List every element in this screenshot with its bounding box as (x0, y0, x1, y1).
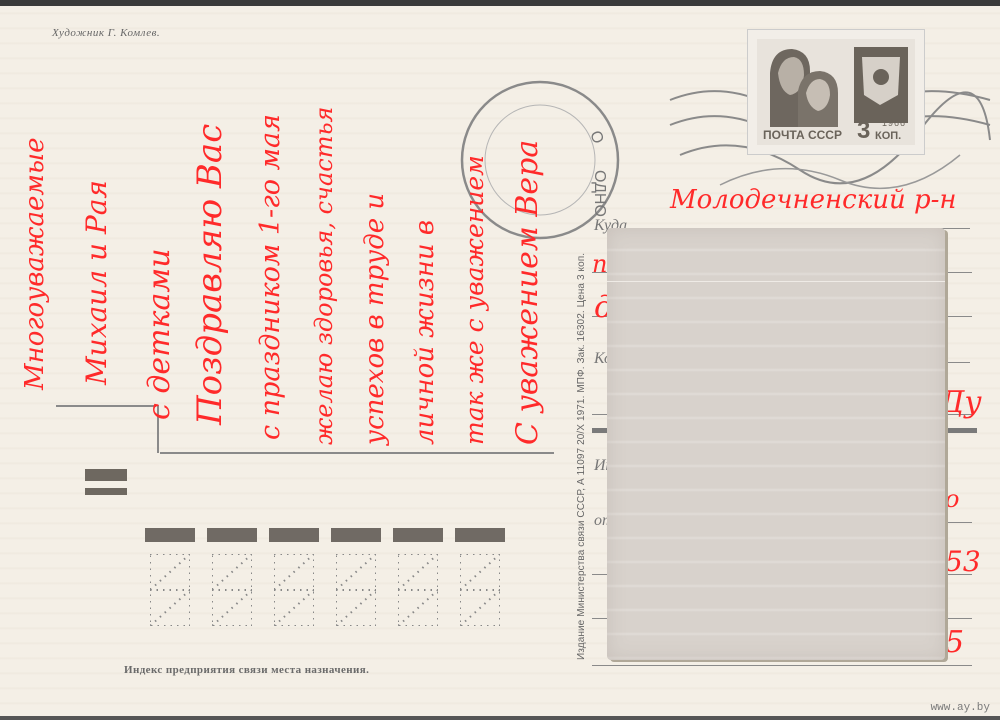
handwritten-line: желаю здоровья, счастья (310, 107, 338, 445)
handwritten-address: Молодечненский р-н (670, 185, 957, 215)
index-dot-grid-icon (150, 554, 190, 626)
index-cell (455, 528, 505, 631)
message-frame-bottom-line (160, 452, 554, 454)
index-dot-grid-icon (398, 554, 438, 626)
index-marker-bar (85, 488, 127, 495)
stamp-value: 3 (857, 117, 870, 145)
handwritten-line: Поздравляю Вас (190, 124, 230, 425)
handwritten-address: о (945, 485, 959, 513)
index-dot-grid-icon (274, 554, 314, 626)
handwritten-line: так же с уважением (460, 155, 489, 445)
stamp-portrait-icon (762, 43, 912, 127)
message-frame-top-line (56, 405, 156, 407)
handwritten-address: 53 (945, 545, 981, 578)
handwritten-address: Ду (940, 385, 982, 420)
postcard-back: Художник Г. Комлев. О ОДНО ПОЧТА СССР (0, 0, 1000, 720)
index-dot-grid-icon (212, 554, 252, 626)
handwritten-line: С уважением Вера (510, 140, 545, 445)
svg-text:О: О (586, 129, 606, 147)
index-cell (207, 528, 257, 631)
index-cell (145, 528, 195, 631)
index-caption: Индекс предприятия связи места назначени… (124, 664, 369, 676)
index-cell (393, 528, 443, 631)
handwritten-address: 5 (945, 625, 964, 660)
watermark: www.ay.by (931, 702, 990, 714)
publisher-imprint: Издание Министерства связи СССР, А 11097… (576, 253, 587, 660)
index-cell (269, 528, 319, 631)
stamp-year: 1966 (882, 118, 906, 128)
index-cell (331, 528, 381, 631)
handwritten-line: Многоуважаемые (20, 138, 50, 390)
index-dot-grid-icon (336, 554, 376, 626)
paper-sticker-overlay (607, 228, 945, 660)
address-line (592, 665, 972, 666)
postage-stamp: ПОЧТА СССР 1966 3 КОП. (748, 30, 924, 154)
svg-text:ОДНО: ОДНО (591, 170, 608, 217)
handwritten-line: с детками (142, 248, 177, 420)
stamp-unit: КОП. (875, 130, 901, 142)
handwritten-line: с праздником 1-го мая (255, 114, 286, 440)
stamp-country-label: ПОЧТА СССР (763, 128, 842, 142)
index-marker-bar (85, 469, 127, 481)
index-dot-grid-icon (460, 554, 500, 626)
handwritten-line: Михаил и Рая (80, 180, 113, 385)
handwritten-line: успехов в труде и (360, 193, 390, 445)
handwritten-line: личной жизни в (410, 220, 440, 445)
artist-credit: Художник Г. Комлев. (52, 27, 160, 39)
